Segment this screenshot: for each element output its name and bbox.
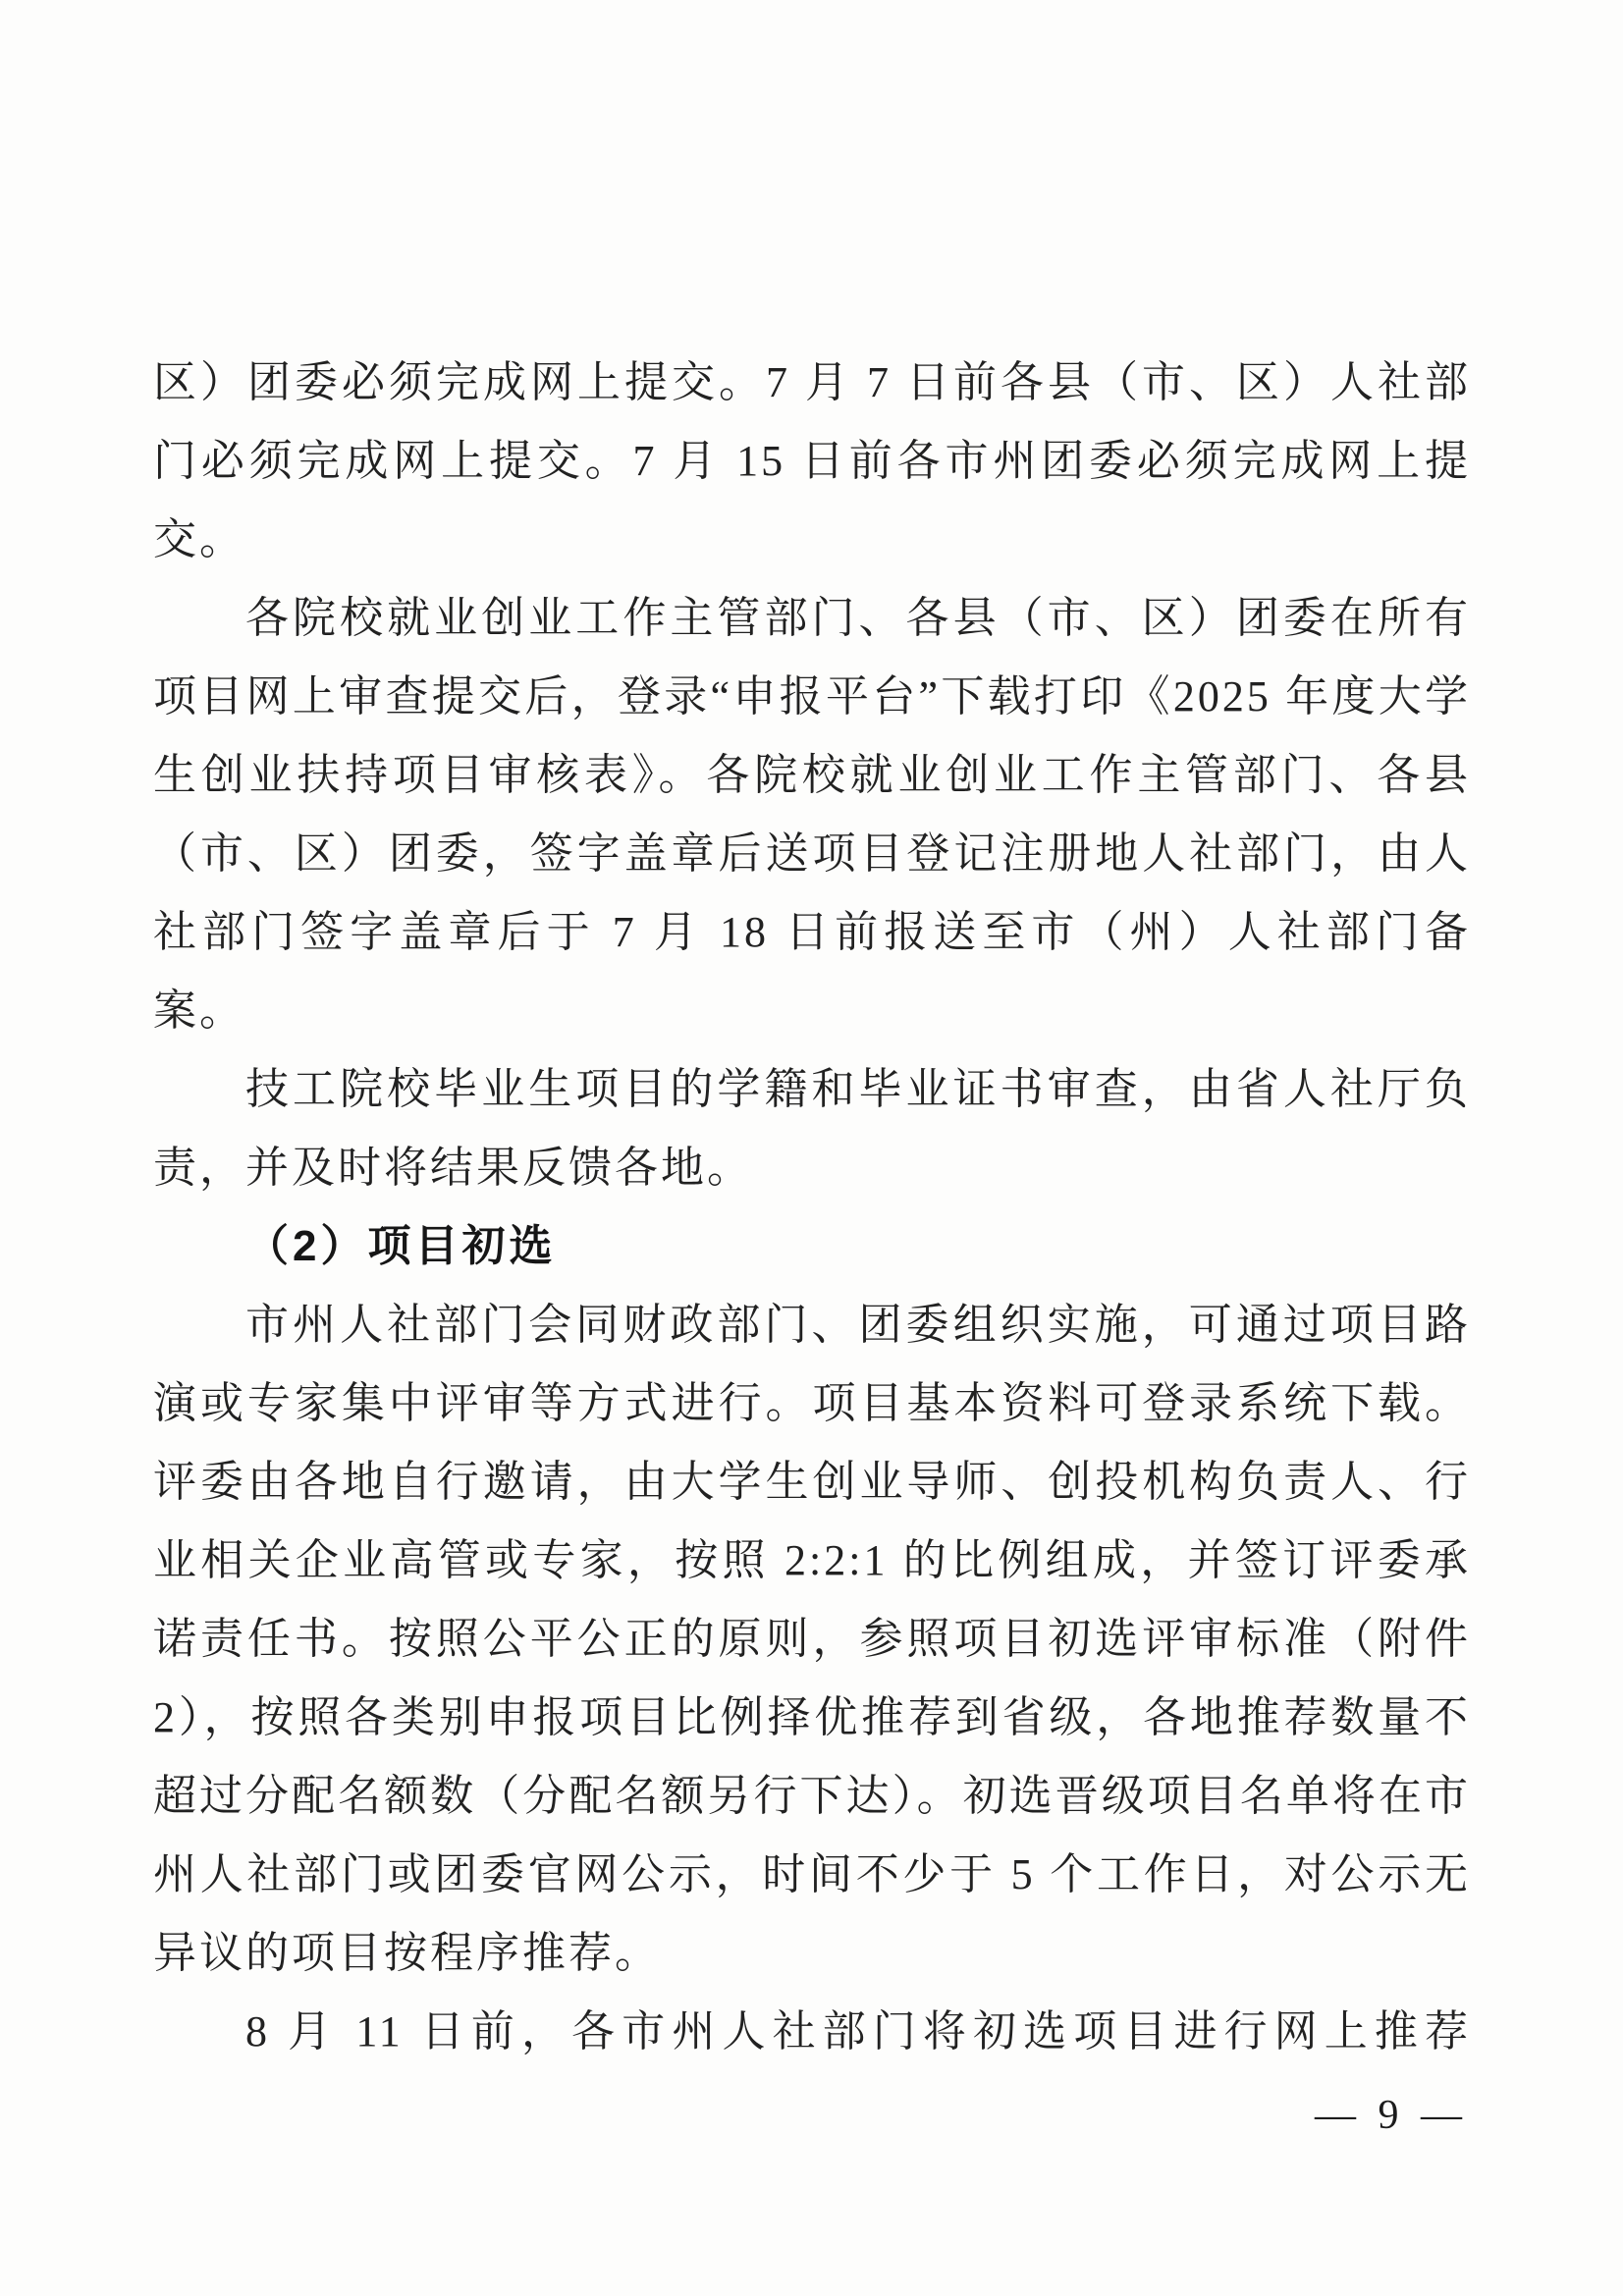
- paragraph-online-recommendation: 8 月 11 日前，各市州人社部门将初选项目进行网上推荐: [153, 1993, 1471, 2071]
- paragraph-submission-deadlines: 区）团委必须完成网上提交。7 月 7 日前各县（市、区）人社部门必须完成网上提交…: [153, 344, 1471, 579]
- section-heading-project-preselection: （2）项目初选: [153, 1207, 1471, 1286]
- document-body: 区）团委必须完成网上提交。7 月 7 日前各县（市、区）人社部门必须完成网上提交…: [153, 344, 1471, 2071]
- paragraph-review-form-filing: 各院校就业创业工作主管部门、各县（市、区）团委在所有项目网上审查提交后，登录“申…: [153, 579, 1471, 1050]
- document-page: 区）团委必须完成网上提交。7 月 7 日前各县（市、区）人社部门必须完成网上提交…: [0, 0, 1623, 2296]
- paragraph-technical-school-check: 技工院校毕业生项目的学籍和毕业证书审查，由省人社厅负责，并及时将结果反馈各地。: [153, 1050, 1471, 1207]
- page-number: — 9 —: [1315, 2091, 1468, 2140]
- paragraph-preselection-process: 市州人社部门会同财政部门、团委组织实施，可通过项目路演或专家集中评审等方式进行。…: [153, 1286, 1471, 1993]
